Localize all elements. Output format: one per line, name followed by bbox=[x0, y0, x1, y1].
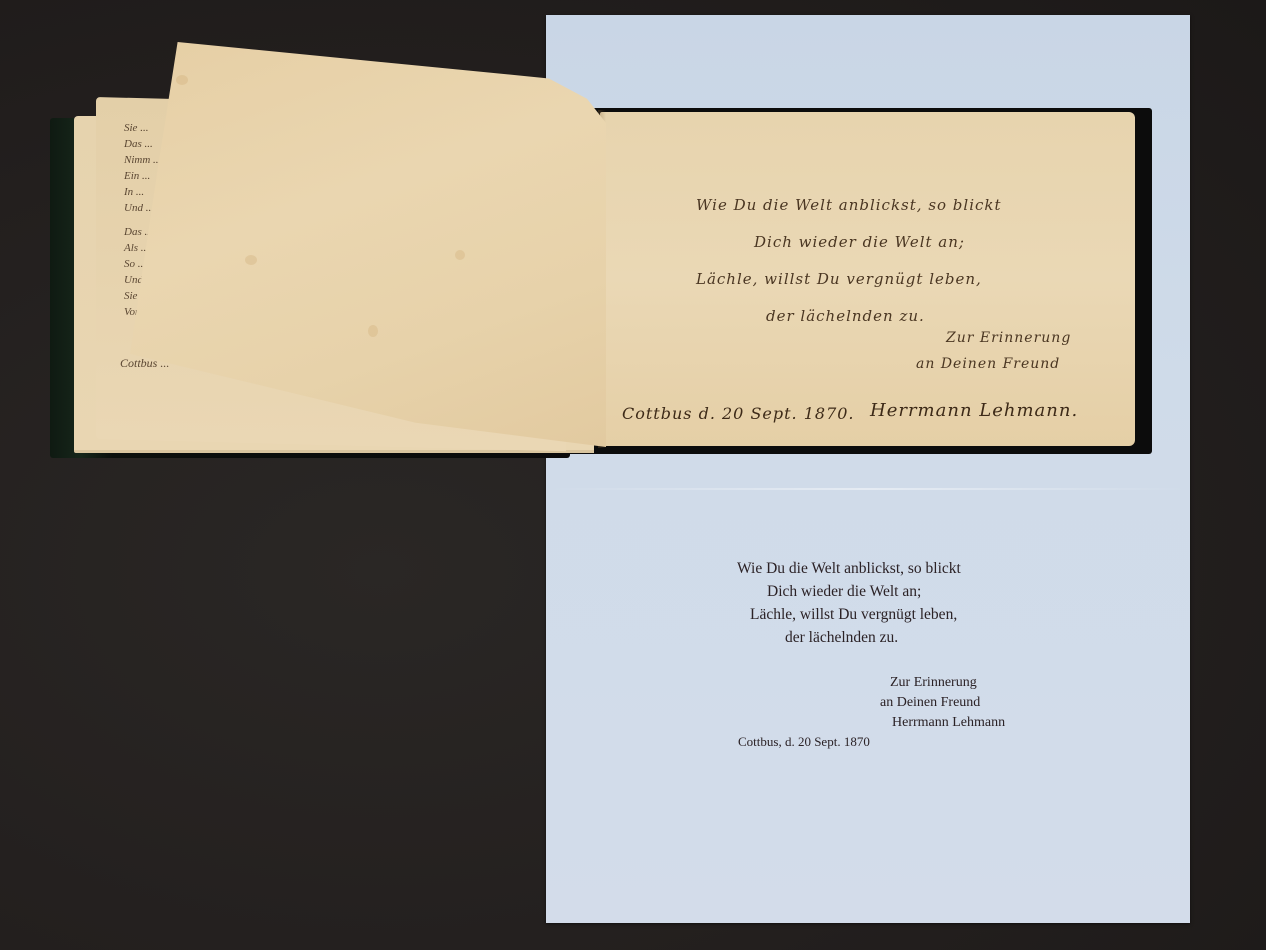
transcription-line-3: Lächle, willst Du vergnügt leben, bbox=[750, 603, 957, 626]
handwritten-line-2: Dich wieder die Welt an; bbox=[754, 233, 965, 251]
transcription-line-2: Dich wieder die Welt an; bbox=[767, 580, 921, 603]
foxing-stain bbox=[176, 75, 188, 85]
transcription-place-date: Cottbus, d. 20 Sept. 1870 bbox=[738, 734, 870, 750]
transcription-closing-2: an Deinen Freund bbox=[880, 693, 980, 713]
foxing-stain bbox=[368, 325, 378, 337]
transcription-line-1: Wie Du die Welt anblickst, so blickt bbox=[737, 557, 961, 580]
transcription-signature: Herrmann Lehmann bbox=[892, 713, 1005, 733]
handwritten-line-1: Wie Du die Welt anblickst, so blickt bbox=[696, 196, 1002, 214]
transcription-line-4: der lächelnden zu. bbox=[785, 626, 898, 649]
handwritten-line-3: Lächle, willst Du vergnügt leben, bbox=[696, 270, 982, 288]
handwritten-line-4: der lächelnden zu. bbox=[766, 307, 925, 325]
sheet-fold-line bbox=[546, 488, 1190, 490]
transcription-closing-1: Zur Erinnerung bbox=[890, 673, 977, 693]
handwritten-closing-2: an Deinen Freund bbox=[916, 356, 1060, 372]
handwritten-closing-1: Zur Erinnerung bbox=[946, 330, 1071, 346]
handwritten-place-date: Cottbus d. 20 Sept. 1870. bbox=[622, 404, 855, 423]
foxing-stain bbox=[455, 250, 465, 260]
handwritten-signature: Herrmann Lehmann. bbox=[870, 400, 1078, 421]
foxing-stain bbox=[245, 255, 257, 265]
